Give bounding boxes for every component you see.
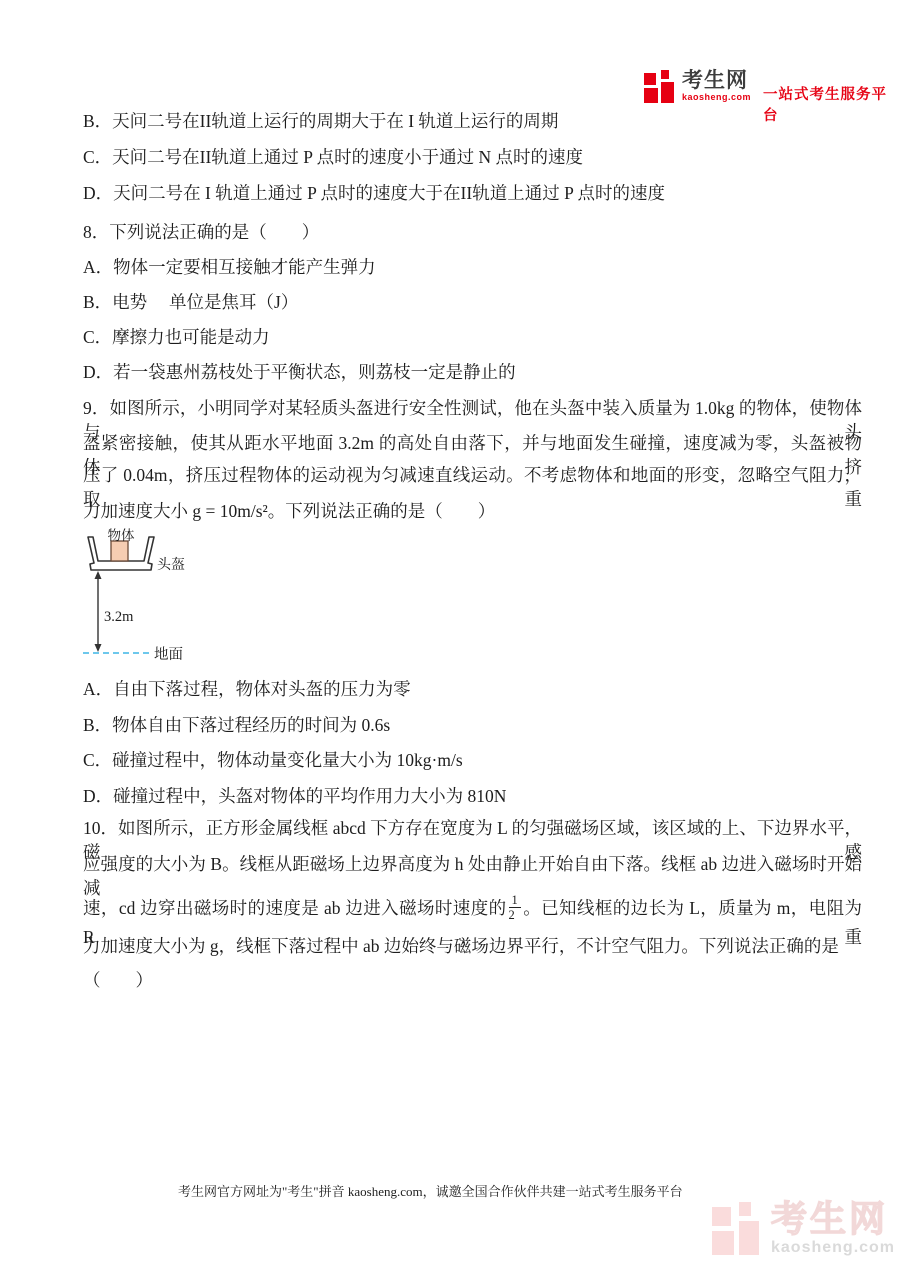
question-10-answer-blank: （ ） <box>83 968 153 992</box>
question-10-line-2: 应强度的大小为 B。线框从距磁场上边界高度为 h 处由静止开始自由下落。线框 a… <box>83 852 862 900</box>
footer-text: 考生网官方网址为"考生"拼音 kaosheng.com，诚邀全国合作伙伴共建一站… <box>178 1181 683 1200</box>
height-label: 3.2m <box>104 609 134 625</box>
object-label: 物体 <box>108 528 135 543</box>
question-8-title: 8．下列说法正确的是（ ） <box>83 220 319 244</box>
one-half-fraction: 12 <box>509 893 521 923</box>
question-7-option-c: C．天问二号在II轨道上通过 P 点时的速度小于通过 N 点时的速度 <box>83 145 583 169</box>
helmet-label: 头盔 <box>157 556 185 573</box>
question-7-option-d: D．天问二号在 I 轨道上通过 P 点时的速度大于在II轨道上通过 P 点时的速… <box>83 181 665 205</box>
ground-label: 地面 <box>154 646 183 663</box>
q10-line3-before: 速，cd 边穿出磁场时的速度是 ab 边进入磁场时速度的 <box>83 898 507 918</box>
kaosheng-logo: 考生网 kaosheng.com 一站式考生服务平台 <box>644 70 900 125</box>
question-8-option-d: D．若一袋惠州荔枝处于平衡状态，则荔枝一定是静止的 <box>83 360 516 384</box>
watermark-domain: kaosheng.com <box>771 1238 895 1258</box>
watermark-logo-icon <box>712 1200 762 1258</box>
arrowhead-down <box>95 644 102 652</box>
question-9-option-a: A．自由下落过程，物体对头盔的压力为零 <box>83 677 411 701</box>
question-8-option-b: B．电势 单位是焦耳（J） <box>83 290 298 314</box>
kaosheng-watermark: 考生网 kaosheng.com <box>712 1200 895 1258</box>
helmet-drop-svg: 物体 头盔 3.2m 地面 <box>83 528 273 673</box>
arrowhead-up <box>95 571 102 579</box>
brand-name: 考生网 <box>682 70 751 92</box>
question-8-option-c: C．摩擦力也可能是动力 <box>83 325 270 349</box>
fraction-denominator: 2 <box>509 908 521 922</box>
question-8-option-a: A．物体一定要相互接触才能产生弹力 <box>83 255 376 279</box>
question-7-option-b: B．天问二号在II轨道上运行的周期大于在 I 轨道上运行的周期 <box>83 109 558 133</box>
helmet-drop-figure: 物体 头盔 3.2m 地面 <box>83 528 273 673</box>
question-9-option-b: B．物体自由下落过程经历的时间为 0.6s <box>83 713 390 737</box>
brand-domain: kaosheng.com <box>682 92 751 102</box>
object-rect <box>111 541 128 561</box>
brand-tagline: 一站式考生服务平台 <box>763 83 900 125</box>
fraction-numerator: 1 <box>509 893 521 908</box>
question-9-option-c: C．碰撞过程中，物体动量变化量大小为 10kg·m/s <box>83 748 463 772</box>
watermark-name: 考生网 <box>771 1200 895 1238</box>
question-9-option-d: D．碰撞过程中，头盔对物体的平均作用力大小为 810N <box>83 784 506 808</box>
question-10-line-4: 力加速度大小为 g，线框下落过程中 ab 边始终与磁场边界平行，不计空气阻力。下… <box>83 934 839 958</box>
kaosheng-logo-icon <box>644 70 676 104</box>
question-9-line-4: 力加速度大小 g = 10m/s²。下列说法正确的是（ ） <box>83 499 495 523</box>
exam-page: 考生网 kaosheng.com 一站式考生服务平台 B．天问二号在II轨道上运… <box>0 0 900 1273</box>
